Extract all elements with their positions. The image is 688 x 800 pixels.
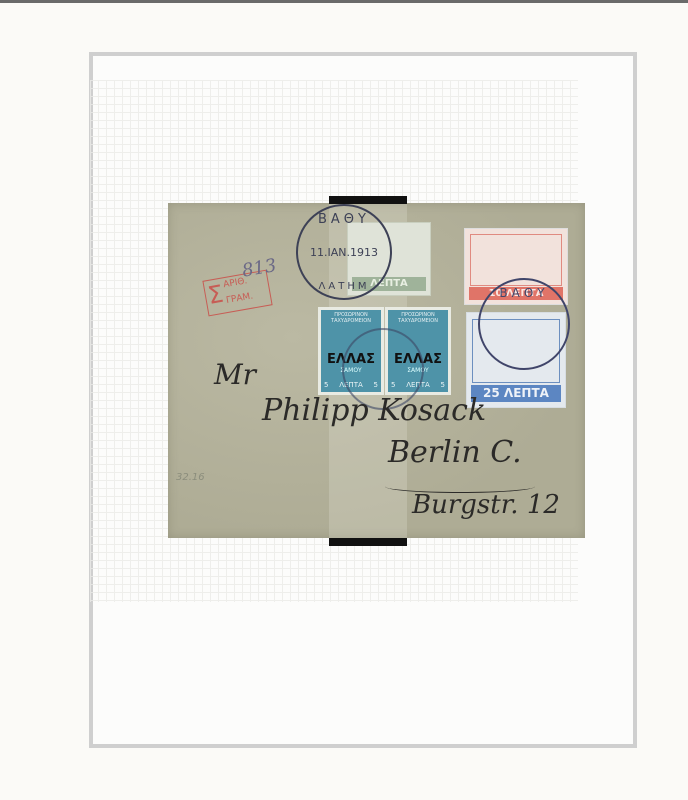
postmark-date: 11.ΙΑΝ.1913: [298, 246, 390, 259]
address-city: Berlin C.: [388, 435, 522, 470]
address-salutation: Mr: [214, 358, 256, 391]
value-left: 5: [324, 381, 328, 389]
postmark-town: ΒΑΘΥ: [298, 212, 390, 227]
stamp-header: ΠΡΟΣΩΡΙΝΟΝ ΤΑΧΥΔΡΟΜΕΙΟΝ: [390, 312, 446, 324]
stamp-header: ΠΡΟΣΩΡΙΝΟΝ ΤΑΧΥΔΡΟΜΕΙΟΝ: [323, 312, 379, 324]
postmark-vathy-1: ΒΑΘΥ 11.ΙΑΝ.1913 ΛΑΤΗΜ: [296, 204, 392, 300]
postmark-town: ΒΑΘΥ: [480, 286, 568, 300]
scan-edge: [0, 0, 688, 3]
reg-line2: ΓΡΑΜ.: [225, 291, 254, 306]
mount-bar-top: [329, 196, 407, 204]
address-street: Burgstr. 12: [412, 490, 560, 520]
mount-bar-bottom: [329, 538, 407, 546]
value-right: 5: [441, 381, 445, 389]
address-name: Philipp Kosack: [262, 393, 486, 428]
postmark-vathy-2: ΒΑΘΥ: [478, 278, 570, 370]
sigma-symbol: Σ: [206, 281, 225, 309]
pencil-note: 32.16: [176, 472, 205, 483]
postmark-bottom: ΛΑΤΗΜ: [298, 281, 390, 292]
